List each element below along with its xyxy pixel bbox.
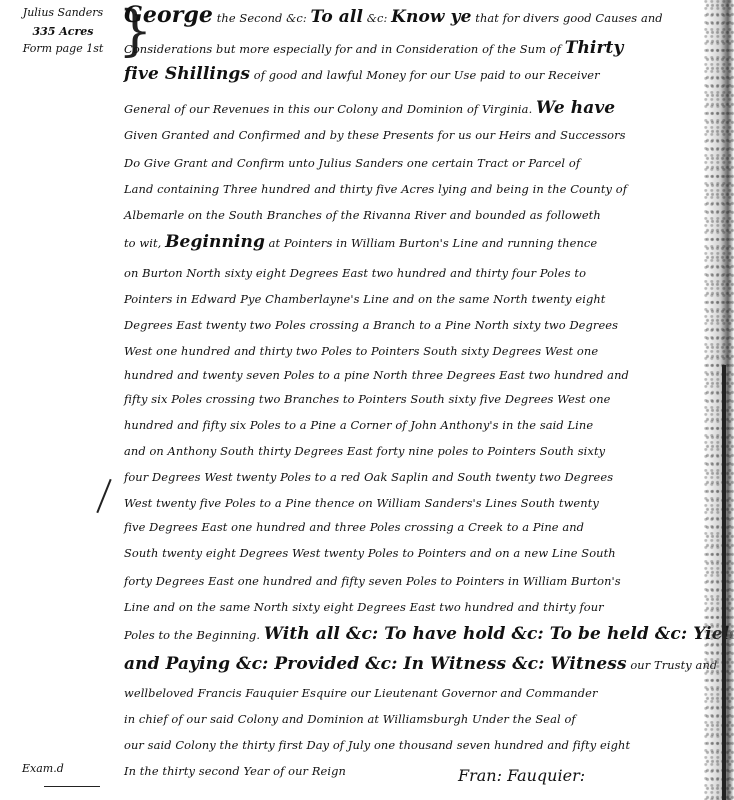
text-line-4: General of our Revenues in this our Colo… xyxy=(124,98,615,118)
examined-underline xyxy=(44,786,100,787)
text-line-21: South twenty eight Degrees West twenty P… xyxy=(124,546,616,560)
text-line-26: wellbeloved Francis Fauquier Esquire our… xyxy=(124,686,598,700)
text-line-17: and on Anthony South thirty Degrees East… xyxy=(124,444,605,458)
signature: Fran: Fauquier: xyxy=(458,766,585,785)
opening-george: George xyxy=(124,2,213,28)
text-line-25: and Paying &c: Provided &c: In Witness &… xyxy=(124,654,717,674)
emph-habendum: With all &c: To have hold &c: To be held… xyxy=(264,624,734,644)
text-line-6: Do Give Grant and Confirm unto Julius Sa… xyxy=(124,156,580,170)
margin-tick-mark xyxy=(96,479,111,513)
document-page: Julius Sanders 335 Acres Form page 1st }… xyxy=(0,0,734,800)
line-text: Considerations but more especially for a… xyxy=(124,42,565,56)
text-line-20: five Degrees East one hundred and three … xyxy=(124,520,584,534)
text-line-11: Pointers in Edward Pye Chamberlayne's Li… xyxy=(124,292,605,306)
emph-know-ye: Know ye xyxy=(391,7,471,27)
text-line-1: George the Second &c: To all &c: Know ye… xyxy=(124,2,663,28)
text-line-9: to wit, Beginning at Pointers in William… xyxy=(124,232,597,252)
text-line-29: In the thirty second Year of our Reign xyxy=(124,764,346,778)
emph-witness: and Paying &c: Provided &c: In Witness &… xyxy=(124,654,627,674)
line-text: of good and lawful Money for our Use pai… xyxy=(250,68,600,82)
text-line-2: Considerations but more especially for a… xyxy=(124,38,623,58)
scan-edge-bar xyxy=(722,365,726,800)
text-line-16: hundred and fifty six Poles to a Pine a … xyxy=(124,418,593,432)
emph-beginning: Beginning xyxy=(165,232,265,252)
line-text: Poles to the Beginning. xyxy=(124,628,264,642)
emph-we-have: We have xyxy=(536,98,615,118)
text-line-24: Poles to the Beginning. With all &c: To … xyxy=(124,624,734,644)
text-line-22: forty Degrees East one hundred and fifty… xyxy=(124,574,621,588)
text-line-18: four Degrees West twenty Poles to a red … xyxy=(124,470,613,484)
line-text: to wit, xyxy=(124,236,165,250)
line-text: that for divers good Causes and xyxy=(472,11,663,25)
text-line-14: hundred and twenty seven Poles to a pine… xyxy=(124,368,629,382)
emph-five-shillings: five Shillings xyxy=(124,64,250,84)
margin-form-ref: Form page 1st xyxy=(4,40,122,57)
text-line-3: five Shillings of good and lawful Money … xyxy=(124,64,600,84)
line-text: &c: xyxy=(363,11,391,25)
line-text: at Pointers in William Burton's Line and… xyxy=(265,236,597,250)
text-line-27: in chief of our said Colony and Dominion… xyxy=(124,712,576,726)
margin-grantee: Julius Sanders xyxy=(4,4,122,21)
text-line-8: Albemarle on the South Branches of the R… xyxy=(124,208,601,222)
margin-acreage: 335 Acres xyxy=(4,23,122,40)
examined-note: Exam.d xyxy=(22,762,64,775)
scan-edge-shadow xyxy=(704,0,734,800)
text-line-13: West one hundred and thirty two Poles to… xyxy=(124,344,598,358)
text-line-7: Land containing Three hundred and thirty… xyxy=(124,182,627,196)
text-line-19: West twenty five Poles to a Pine thence … xyxy=(124,496,599,510)
text-line-12: Degrees East twenty two Poles crossing a… xyxy=(124,318,618,332)
line-text: the Second &c: xyxy=(213,11,311,25)
line-text: General of our Revenues in this our Colo… xyxy=(124,102,536,116)
text-line-10: on Burton North sixty eight Degrees East… xyxy=(124,266,586,280)
emph-thirty: Thirty xyxy=(565,38,624,58)
text-line-5: Given Granted and Confirmed and by these… xyxy=(124,128,626,142)
text-line-28: our said Colony the thirty first Day of … xyxy=(124,738,630,752)
emph-to-all: To all xyxy=(311,7,364,27)
text-line-15: fifty six Poles crossing two Branches to… xyxy=(124,392,611,406)
text-line-23: Line and on the same North sixty eight D… xyxy=(124,600,604,614)
